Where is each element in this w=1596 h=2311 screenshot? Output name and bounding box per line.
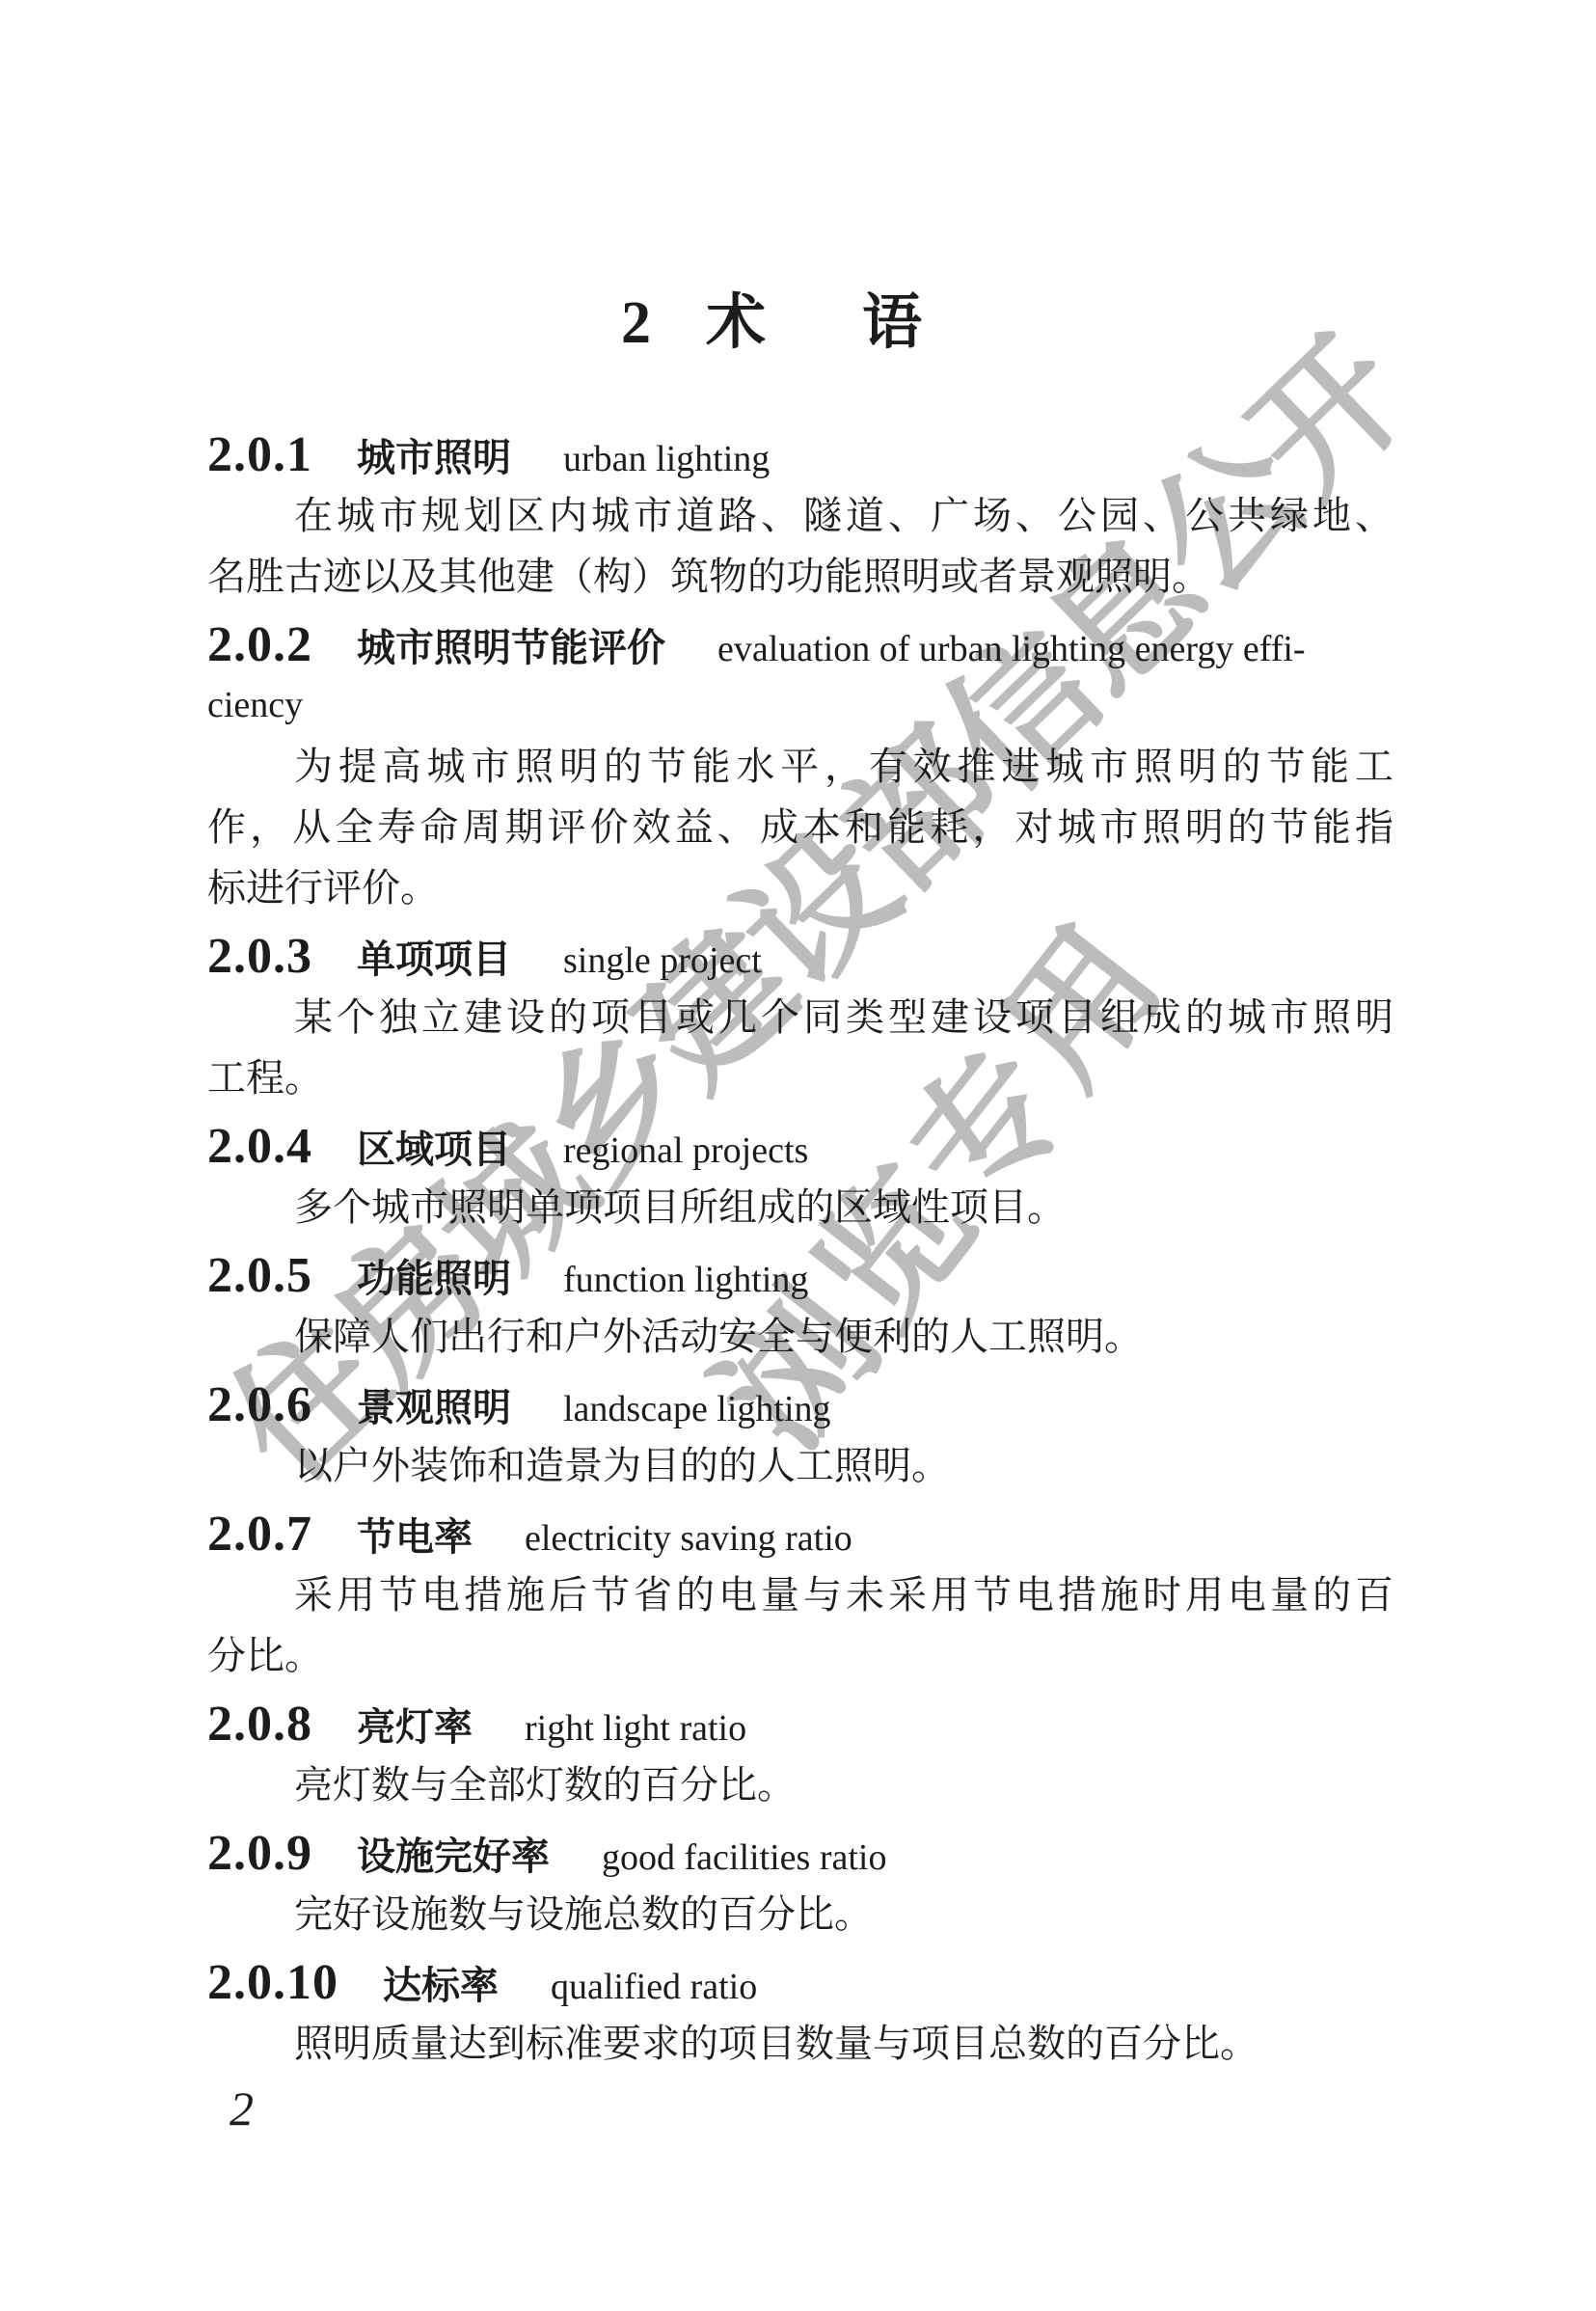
definition-line: 工程。 — [207, 1047, 1393, 1108]
section-2-0-3: 2.0.3单项项目single project 某个独立建设的项目或几个同类型建… — [207, 926, 1393, 1108]
chapter-title: 2术语 — [621, 287, 922, 359]
section-2-0-1: 2.0.1城市照明urban lighting 在城市规划区内城市道路、隧道、广… — [207, 424, 1393, 607]
section-number: 2.0.3 — [207, 929, 312, 984]
document-page: 住房城乡建设部信息公开 浏览专用 2术语 2.0.1城市照明urban ligh… — [0, 0, 1596, 2311]
page-number: 2 — [230, 2081, 254, 2135]
section-2-0-9: 2.0.9设施完好率good facilities ratio 完好设施数与设施… — [207, 1823, 1393, 1944]
definition-line: 作，从全寿命周期评价效益、成本和能耗，对城市照明的节能指 — [207, 797, 1393, 857]
section-2-0-5: 2.0.5功能照明function lighting 保障人们出行和户外活动安全… — [207, 1245, 1393, 1367]
term-en: evaluation of urban lighting energy effi… — [717, 629, 1306, 669]
definition-line: 名胜古迹以及其他建（构）筑物的功能照明或者景观照明。 — [207, 546, 1393, 607]
definition-line: 某个独立建设的项目或几个同类型建设项目组成的城市照明 — [207, 987, 1393, 1047]
term-en: regional projects — [563, 1130, 808, 1171]
term-zh: 达标率 — [383, 1964, 499, 2007]
term-en: landscape lighting — [563, 1389, 831, 1429]
term-en: urban lighting — [563, 439, 770, 479]
term-zh: 景观照明 — [357, 1386, 511, 1429]
section-2-0-10: 2.0.10达标率qualified ratio 照明质量达到标准要求的项目数量… — [207, 1952, 1393, 2074]
term-zh: 功能照明 — [357, 1257, 511, 1300]
section-heading: 2.0.1城市照明urban lighting — [207, 424, 1393, 485]
section-number: 2.0.9 — [207, 1826, 312, 1881]
section-2-0-2: 2.0.2城市照明节能评价evaluation of urban lightin… — [207, 614, 1393, 918]
term-zh: 单项项目 — [357, 938, 511, 981]
term-zh: 节电率 — [357, 1515, 473, 1559]
definition-line: 保障人们出行和户外活动安全与便利的人工照明。 — [207, 1306, 1393, 1367]
section-heading: 2.0.6景观照明landscape lighting — [207, 1374, 1393, 1435]
term-en: qualified ratio — [551, 1967, 757, 2007]
chapter-number: 2 — [621, 290, 651, 356]
definition-line: 以户外装饰和造景为目的的人工照明。 — [207, 1435, 1393, 1496]
section-heading: 2.0.8亮灯率right light ratio — [207, 1694, 1393, 1754]
section-heading: 2.0.7节电率electricity saving ratio — [207, 1504, 1393, 1564]
definition-line: 分比。 — [207, 1625, 1393, 1686]
definition-line: 多个城市照明单项项目所组成的区域性项目。 — [207, 1177, 1393, 1237]
section-heading: 2.0.5功能照明function lighting — [207, 1245, 1393, 1306]
section-2-0-4: 2.0.4区域项目regional projects 多个城市照明单项项目所组成… — [207, 1116, 1393, 1237]
section-heading: 2.0.10达标率qualified ratio — [207, 1952, 1393, 2013]
definition-line: 为提高城市照明的节能水平，有效推进城市照明的节能工 — [207, 736, 1393, 797]
term-zh: 区域项目 — [357, 1128, 511, 1171]
definition-line: 完好设施数与设施总数的百分比。 — [207, 1884, 1393, 1944]
section-number: 2.0.4 — [207, 1119, 312, 1174]
section-heading: 2.0.4区域项目regional projects — [207, 1116, 1393, 1177]
term-zh: 城市照明 — [357, 436, 511, 479]
section-heading: 2.0.3单项项目single project — [207, 926, 1393, 987]
term-en: right light ratio — [525, 1708, 746, 1749]
term-zh: 设施完好率 — [357, 1835, 550, 1878]
definition-line: 在城市规划区内城市道路、隧道、广场、公园、公共绿地、 — [207, 485, 1393, 546]
definition-line: 亮灯数与全部灯数的百分比。 — [207, 1754, 1393, 1815]
term-en: good facilities ratio — [602, 1837, 886, 1878]
section-2-0-7: 2.0.7节电率electricity saving ratio 采用节电措施后… — [207, 1504, 1393, 1686]
section-2-0-8: 2.0.8亮灯率right light ratio 亮灯数与全部灯数的百分比。 — [207, 1694, 1393, 1815]
section-number: 2.0.5 — [207, 1248, 312, 1303]
definition-line: 采用节电措施后节省的电量与未采用节电措施时用电量的百 — [207, 1564, 1393, 1625]
section-number: 2.0.7 — [207, 1507, 312, 1562]
section-number: 2.0.6 — [207, 1377, 312, 1432]
definition-line: 标进行评价。 — [207, 857, 1393, 918]
section-number: 2.0.2 — [207, 617, 312, 672]
term-en: function lighting — [563, 1260, 808, 1300]
section-heading: 2.0.9设施完好率good facilities ratio — [207, 1823, 1393, 1884]
chapter-title-char-2: 语 — [862, 290, 922, 356]
term-en: electricity saving ratio — [525, 1518, 852, 1559]
section-number: 2.0.1 — [207, 427, 312, 482]
term-zh: 城市照明节能评价 — [357, 626, 665, 669]
term-zh: 亮灯率 — [357, 1705, 473, 1749]
chapter-title-char-1: 术 — [706, 290, 766, 356]
section-heading: 2.0.2城市照明节能评价evaluation of urban lightin… — [207, 614, 1393, 675]
definition-line: 照明质量达到标准要求的项目数量与项目总数的百分比。 — [207, 2013, 1393, 2074]
section-2-0-6: 2.0.6景观照明landscape lighting 以户外装饰和造景为目的的… — [207, 1374, 1393, 1496]
section-number: 2.0.10 — [207, 1955, 338, 2010]
term-en: single project — [563, 940, 762, 981]
terminology-list: 2.0.1城市照明urban lighting 在城市规划区内城市道路、隧道、广… — [207, 424, 1393, 2074]
term-en-carryover: ciency — [207, 675, 1393, 736]
section-number: 2.0.8 — [207, 1697, 312, 1752]
